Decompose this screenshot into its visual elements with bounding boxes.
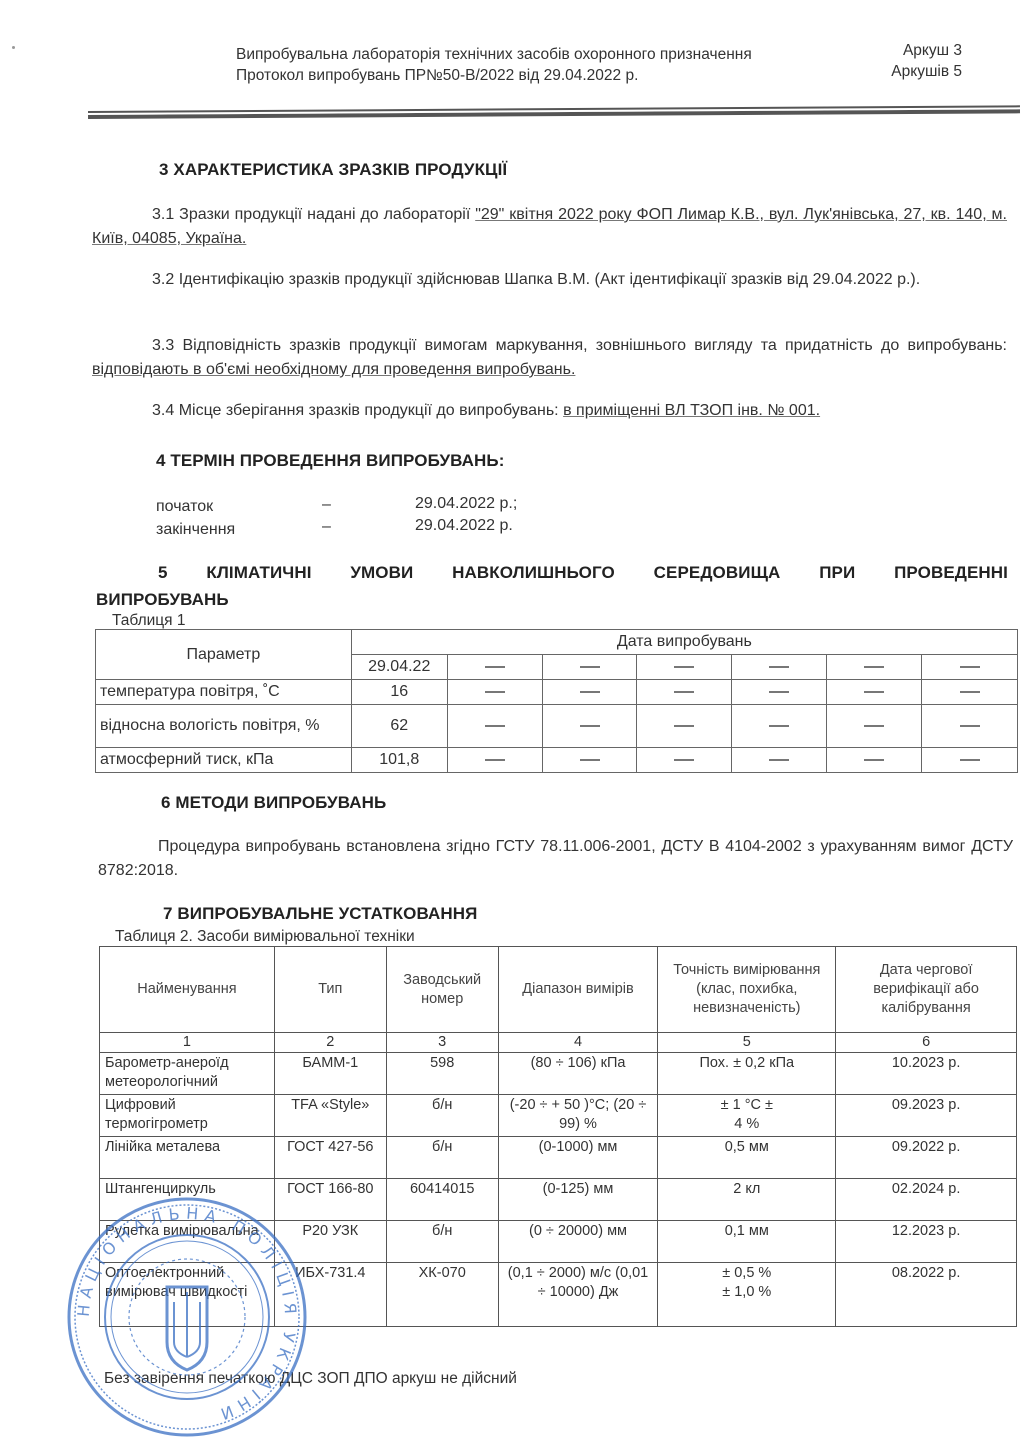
col-header-date: Дата чергової верифікації або калібруван… xyxy=(836,947,1017,1033)
header-test-dates: Дата випробувань xyxy=(351,630,1017,655)
empty-cell xyxy=(827,680,922,705)
p33-underlined: відповідають в об'ємі необхідному для пр… xyxy=(92,361,575,378)
section-6-text: Процедура випробувань встановлена згідно… xyxy=(98,835,1013,883)
table-row: атмосферний тиск, кПа 101,8 xyxy=(96,748,1018,773)
equipment-serial: 598 xyxy=(386,1053,498,1095)
document-page: Випробувальна лабораторія технічних засо… xyxy=(0,0,1035,1440)
param-value: 16 xyxy=(351,680,447,705)
section-6-title: 6 МЕТОДИ ВИПРОБУВАНЬ xyxy=(161,793,386,813)
equipment-name: Барометр-анероїд метеорологічний xyxy=(100,1053,275,1095)
start-label: початок xyxy=(156,498,213,516)
section-3-title: 3 ХАРАКТЕРИСТИКА ЗРАЗКІВ ПРОДУКЦІЇ xyxy=(159,160,507,180)
empty-cell xyxy=(922,705,1018,748)
equipment-range: (0-1000) мм xyxy=(498,1137,658,1179)
col-header-serial: Заводський номер xyxy=(386,947,498,1033)
equipment-accuracy: ± 1 °С ± 4 % xyxy=(658,1095,836,1137)
equipment-date: 09.2023 р. xyxy=(836,1095,1017,1137)
table-row: Лінійка металева ГОСТ 427-56 б/н (0-1000… xyxy=(100,1137,1017,1179)
equipment-date: 10.2023 р. xyxy=(836,1053,1017,1095)
col-number: 5 xyxy=(658,1033,836,1053)
table-2-caption: Таблиця 2. Засоби вимірювальної техніки xyxy=(115,928,415,946)
equipment-range: (0,1 ÷ 2000) м/с (0,01 ÷ 10000) Дж xyxy=(498,1263,658,1327)
scan-speck xyxy=(12,46,15,49)
start-dash: – xyxy=(322,496,331,514)
equipment-serial: ХК-070 xyxy=(386,1263,498,1327)
paragraph-3-1: 3.1 Зразки продукції надані до лаборатор… xyxy=(92,203,1007,251)
lab-name: Випробувальна лабораторія технічних засо… xyxy=(236,44,752,65)
empty-cell xyxy=(827,705,922,748)
empty-cell xyxy=(542,705,637,748)
sheets-total: Аркушів 5 xyxy=(872,61,962,82)
equipment-name: Лінійка металева xyxy=(100,1137,275,1179)
col-number: 2 xyxy=(274,1033,386,1053)
equipment-type: БАММ-1 xyxy=(274,1053,386,1095)
equipment-range: (0-125) мм xyxy=(498,1179,658,1221)
equipment-table: Найменування Тип Заводський номер Діапаз… xyxy=(99,946,1017,1327)
param-name: атмосферний тиск, кПа xyxy=(96,748,352,773)
param-name: температура повітря, ˚С xyxy=(96,680,352,705)
methods-text: Процедура випробувань встановлена згідно… xyxy=(98,838,1013,879)
equipment-range: (-20 ÷ + 50 )°С; (20 ÷ 99) % xyxy=(498,1095,658,1137)
equipment-date: 02.2024 р. xyxy=(836,1179,1017,1221)
equipment-date: 08.2022 р. xyxy=(836,1263,1017,1327)
empty-date xyxy=(542,655,637,680)
equipment-name: Оптоелектронний вимірювач швидкості xyxy=(100,1263,275,1327)
table-row: температура повітря, ˚С 16 xyxy=(96,680,1018,705)
param-value: 101,8 xyxy=(351,748,447,773)
date-column-1: 29.04.22 xyxy=(351,655,447,680)
col-header-accuracy: Точність вимірювання (клас, похибка, нев… xyxy=(658,947,836,1033)
equipment-accuracy: 2 кл xyxy=(658,1179,836,1221)
climate-table: Параметр Дата випробувань 29.04.22 темпе… xyxy=(95,629,1018,773)
table-row: Цифровий термогігрометр TFA «Style» б/н … xyxy=(100,1095,1017,1137)
equipment-serial: б/н xyxy=(386,1137,498,1179)
empty-cell xyxy=(827,748,922,773)
protocol-number: Протокол випробувань ПР№50-В/2022 від 29… xyxy=(236,65,752,86)
col-header-name: Найменування xyxy=(100,947,275,1033)
empty-cell xyxy=(637,748,732,773)
header-divider xyxy=(88,105,1020,115)
equipment-date: 09.2022 р. xyxy=(836,1137,1017,1179)
end-label: закінчення xyxy=(156,521,235,539)
empty-cell xyxy=(732,680,827,705)
equipment-accuracy: 0,1 мм xyxy=(658,1221,836,1263)
equipment-name: Штангенциркуль xyxy=(100,1179,275,1221)
section-5-title-line2: ВИПРОБУВАНЬ xyxy=(96,590,229,610)
col-number: 4 xyxy=(498,1033,658,1053)
section-7-title: 7 ВИПРОБУВАЛЬНЕ УСТАТКОВАННЯ xyxy=(163,904,477,924)
table-row: Штангенциркуль ГОСТ 166-80 60414015 (0-1… xyxy=(100,1179,1017,1221)
sheet-number: Аркуш 3 xyxy=(872,40,962,61)
paragraph-3-2: 3.2 Ідентифікацію зразків продукції здій… xyxy=(92,268,1007,292)
empty-cell xyxy=(447,705,542,748)
empty-cell xyxy=(447,748,542,773)
end-date: 29.04.2022 р. xyxy=(415,517,513,535)
col-header-type: Тип xyxy=(274,947,386,1033)
header-parameter: Параметр xyxy=(96,630,352,680)
empty-cell xyxy=(637,705,732,748)
equipment-type: Р20 УЗК xyxy=(274,1221,386,1263)
table-1-caption: Таблиця 1 xyxy=(112,612,185,630)
col-number: 3 xyxy=(386,1033,498,1053)
paragraph-3-3: 3.3 Відповідність зразків продукції вимо… xyxy=(92,334,1007,382)
empty-cell xyxy=(922,680,1018,705)
sheet-info: Аркуш 3 Аркушів 5 xyxy=(872,40,962,82)
footer-note: Без завірення печаткою ДЦС ЗОП ДПО аркуш… xyxy=(104,1370,517,1388)
paragraph-3-4: 3.4 Місце зберігання зразків продукції д… xyxy=(92,399,1007,423)
equipment-serial: б/н xyxy=(386,1221,498,1263)
table-row: відносна вологість повітря, % 62 xyxy=(96,705,1018,748)
table-row: Барометр-анероїд метеорологічний БАММ-1 … xyxy=(100,1053,1017,1095)
equipment-serial: 60414015 xyxy=(386,1179,498,1221)
equipment-accuracy: 0,5 мм xyxy=(658,1137,836,1179)
p31-text: 3.1 Зразки продукції надані до лаборатор… xyxy=(152,206,475,223)
equipment-range: (0 ÷ 20000) мм xyxy=(498,1221,658,1263)
p33-text: 3.3 Відповідність зразків продукції вимо… xyxy=(152,337,1007,354)
empty-cell xyxy=(637,680,732,705)
empty-date xyxy=(827,655,922,680)
table-row: Оптоелектронний вимірювач швидкості ИБХ-… xyxy=(100,1263,1017,1327)
equipment-type: ГОСТ 427-56 xyxy=(274,1137,386,1179)
equipment-accuracy: Пох. ± 0,2 кПа xyxy=(658,1053,836,1095)
equipment-name: Цифровий термогігрометр xyxy=(100,1095,275,1137)
equipment-type: ГОСТ 166-80 xyxy=(274,1179,386,1221)
empty-date xyxy=(732,655,827,680)
p34-text: 3.4 Місце зберігання зразків продукції д… xyxy=(152,402,563,419)
p32-text: 3.2 Ідентифікацію зразків продукції здій… xyxy=(152,271,920,288)
equipment-range: (80 ÷ 106) кПа xyxy=(498,1053,658,1095)
empty-cell xyxy=(732,748,827,773)
empty-date xyxy=(637,655,732,680)
table-row: Рулетка вимірювальна Р20 УЗК б/н (0 ÷ 20… xyxy=(100,1221,1017,1263)
p34-underlined: в приміщенні ВЛ ТЗОП інв. № 001. xyxy=(563,402,820,419)
section-4-title: 4 ТЕРМІН ПРОВЕДЕННЯ ВИПРОБУВАНЬ: xyxy=(156,451,505,471)
empty-cell xyxy=(542,680,637,705)
start-date: 29.04.2022 р.; xyxy=(415,495,517,513)
empty-cell xyxy=(542,748,637,773)
empty-date xyxy=(922,655,1018,680)
equipment-name: Рулетка вимірювальна xyxy=(100,1221,275,1263)
col-number: 1 xyxy=(100,1033,275,1053)
empty-date xyxy=(447,655,542,680)
equipment-accuracy: ± 0,5 % ± 1,0 % xyxy=(658,1263,836,1327)
col-number: 6 xyxy=(836,1033,1017,1053)
equipment-date: 12.2023 р. xyxy=(836,1221,1017,1263)
empty-cell xyxy=(732,705,827,748)
empty-cell xyxy=(922,748,1018,773)
param-name: відносна вологість повітря, % xyxy=(96,705,352,748)
param-value: 62 xyxy=(351,705,447,748)
section-5-title-line1: 5 КЛІМАТИЧНІ УМОВИ НАВКОЛИШНЬОГО СЕРЕДОВ… xyxy=(96,563,1008,583)
empty-cell xyxy=(447,680,542,705)
end-dash: – xyxy=(322,518,331,536)
equipment-serial: б/н xyxy=(386,1095,498,1137)
page-header: Випробувальна лабораторія технічних засо… xyxy=(236,44,752,86)
equipment-type: TFA «Style» xyxy=(274,1095,386,1137)
equipment-type: ИБХ-731.4 xyxy=(274,1263,386,1327)
col-header-range: Діапазон вимірів xyxy=(498,947,658,1033)
